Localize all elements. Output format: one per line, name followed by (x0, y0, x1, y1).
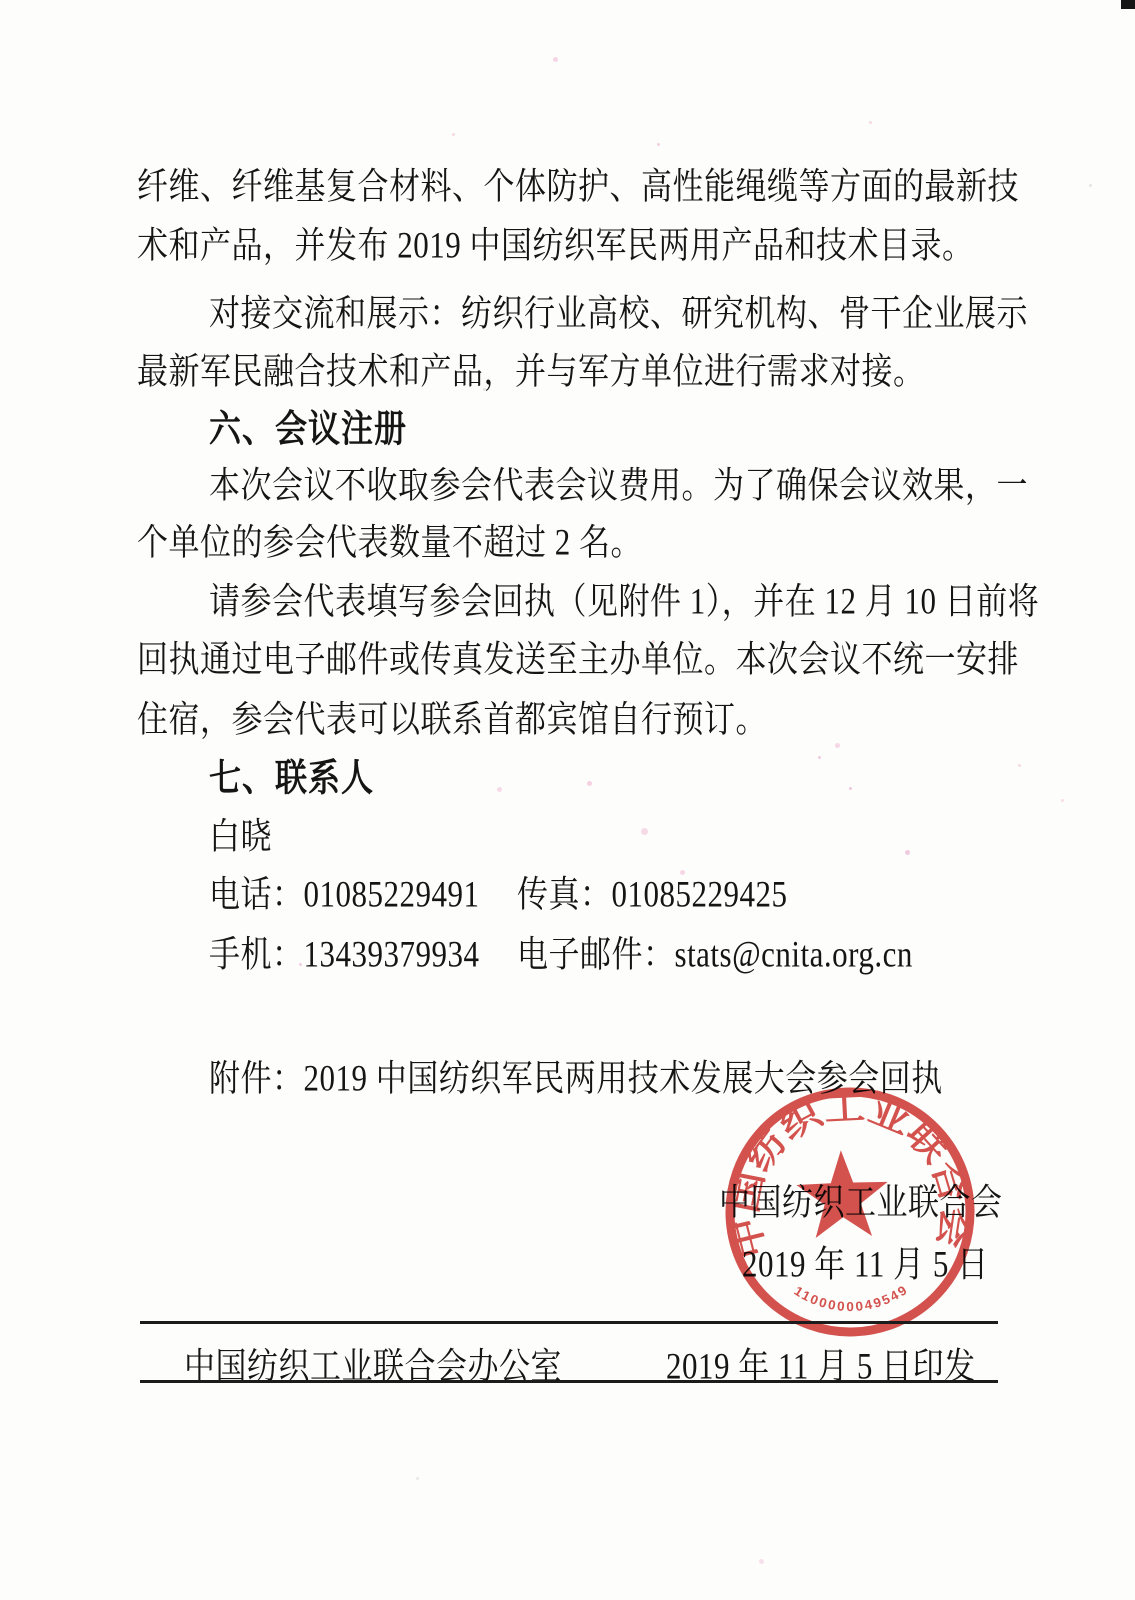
body-line-reply-1: 请参会代表填写参会回执（见附件 1），并在 12 月 10 日前将 (209, 571, 1039, 624)
fax-speckle-noise (0, 0, 3, 3)
contact-mobile: 手机：13439379934 (209, 924, 480, 977)
body-line-fee-2: 个单位的参会代表数量不超过 2 名。 (137, 512, 642, 565)
phone-number: 01085229491 (304, 873, 480, 914)
body-line-exchange-1: 对接交流和展示：纺织行业高校、研究机构、骨干企业展示 (209, 283, 1028, 336)
email-label: 电子邮件： (517, 933, 675, 974)
body-line-products-1: 纤维、纤维基复合材料、个体防护、高性能绳缆等方面的最新技 (137, 156, 1019, 209)
footer-top-rule (140, 1321, 998, 1324)
contact-phone: 电话：01085229491 (209, 864, 480, 917)
mobile-label: 手机： (209, 933, 304, 974)
body-line-reply-3: 住宿，参会代表可以联系首都宾馆自行预订。 (137, 689, 767, 742)
body-line-exchange-2: 最新军民融合技术和产品，并与军方单位进行需求对接。 (137, 341, 925, 394)
phone-label: 电话： (209, 873, 304, 914)
scan-corner-artifact (1121, 0, 1135, 9)
mobile-number: 13439379934 (304, 933, 480, 974)
footer-bottom-rule (140, 1380, 998, 1383)
fax-label: 传真： (517, 873, 612, 914)
body-line-products-2: 术和产品，并发布 2019 中国纺织军民两用产品和技术目录。 (137, 215, 974, 268)
official-seal: 中国纺织工业联合会 1100000049549 (717, 1079, 984, 1346)
body-line-reply-2: 回执通过电子邮件或传真发送至主办单位。本次会议不统一安排 (137, 629, 1019, 682)
seal-star-icon (795, 1149, 889, 1239)
scanned-document-page: 纤维、纤维基复合材料、个体防护、高性能绳缆等方面的最新技 术和产品，并发布 20… (0, 0, 1135, 1600)
seal-serial-number: 1100000049549 (791, 1279, 912, 1316)
contact-person-name: 白晓 (209, 806, 272, 859)
section-heading-registration: 六、会议注册 (209, 399, 407, 453)
contact-email: 电子邮件：stats@cnita.org.cn (517, 924, 913, 977)
section-heading-contact: 七、联系人 (209, 748, 374, 802)
body-line-fee-1: 本次会议不收取参会代表会议费用。为了确保会议效果，一 (209, 455, 1028, 508)
fax-number: 01085229425 (612, 873, 788, 914)
email-address: stats@cnita.org.cn (675, 933, 913, 974)
contact-fax: 传真：01085229425 (517, 864, 788, 917)
